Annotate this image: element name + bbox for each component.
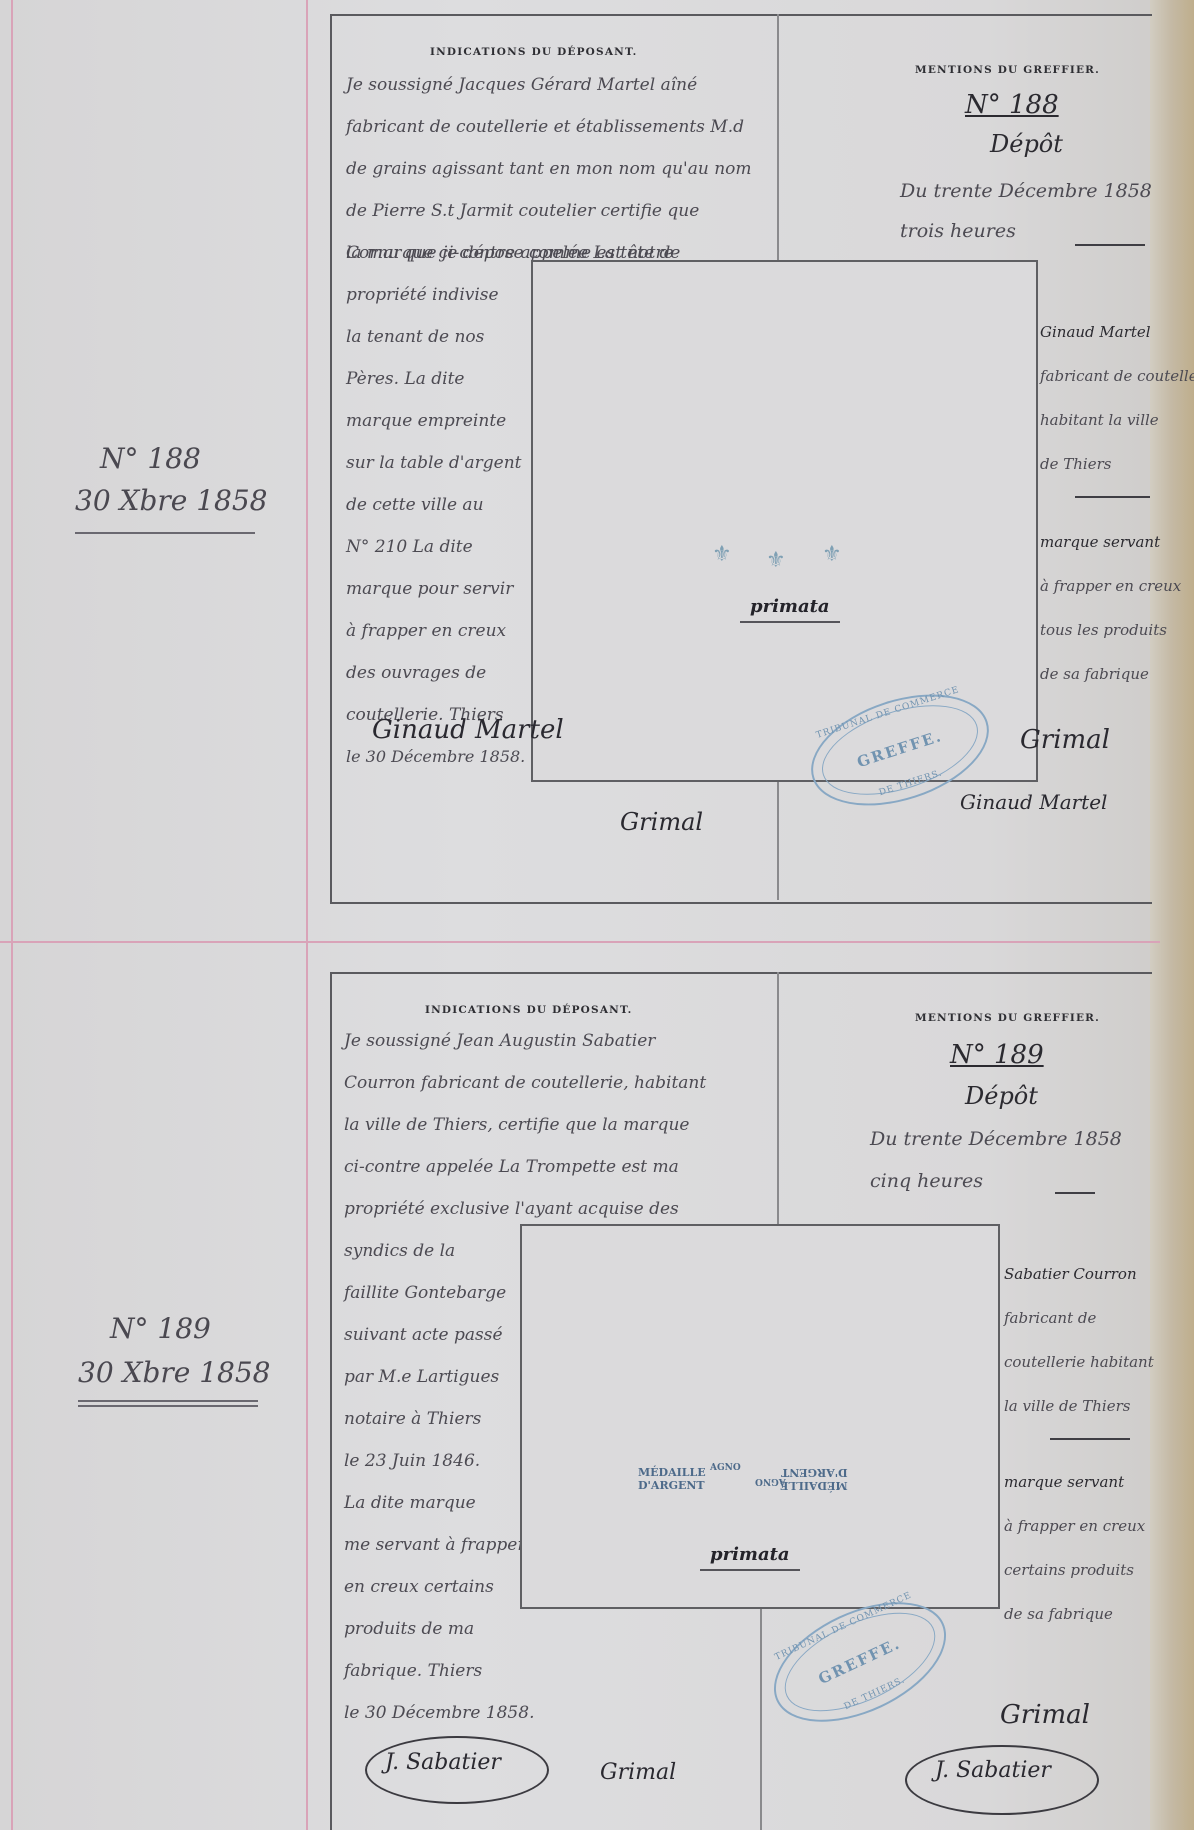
deposant-line: fabrique. Thiers <box>344 1650 482 1692</box>
column-divider-lower <box>777 778 779 900</box>
medal-stamp-inverted: MÉDAILLE D'ARGENT <box>780 1466 848 1492</box>
deposant-line: Je soussigné Jacques Gérard Martel aîné <box>346 64 697 106</box>
deposant-line: de Pierre S.t Jarmit coutelier certifie … <box>346 190 699 232</box>
depot-label: Dépôt <box>965 1082 1038 1110</box>
primata-label: primata <box>700 1544 800 1571</box>
mark-usage-line: de sa fabrique <box>1040 652 1181 696</box>
greffier-header: MENTIONS DU GREFFIER. <box>915 64 1100 76</box>
book-page-edge <box>1150 0 1194 1830</box>
deposant-line: la ville de Thiers, certifie que la marq… <box>344 1104 689 1146</box>
column-divider <box>777 14 779 274</box>
mark-usage: marque servant à frapper en creux tous l… <box>1040 520 1181 696</box>
deposant-line: la tenant de nos <box>346 316 484 358</box>
depot-label: Dépôt <box>990 130 1063 158</box>
depot-date: Du trente Décembre 1858 <box>870 1128 1122 1150</box>
deposant-line: le 23 Juin 1846. <box>344 1440 480 1482</box>
mark-usage-line: de sa fabrique <box>1004 1592 1145 1636</box>
mark-usage-line: marque servant <box>1040 520 1181 564</box>
margin-red-rule <box>11 0 13 1830</box>
mark-usage-line: à frapper en creux <box>1004 1504 1145 1548</box>
greffier-signature: Grimal <box>1020 725 1110 755</box>
medal-agno: AGNO <box>710 1462 741 1475</box>
depot-time: cinq heures <box>870 1170 983 1192</box>
deposant-line: de grains agissant tant en mon nom qu'au… <box>346 148 752 190</box>
deposant-line: Je soussigné Jean Augustin Sabatier <box>344 1020 655 1062</box>
greffier-depositor-signature: Ginaud Martel <box>960 790 1107 814</box>
deposant-line: à frapper en creux <box>346 610 506 652</box>
column-divider <box>777 972 779 1224</box>
mark-usage-line: certains produits <box>1004 1548 1145 1592</box>
deposant-header: INDICATIONS DU DÉPOSANT. <box>425 1004 632 1016</box>
margin-underline <box>78 1400 258 1402</box>
deposant-line: suivant acte passé <box>344 1314 503 1356</box>
margin-number: N° 189 <box>110 1310 211 1348</box>
deposant-line: Pères. La dite <box>346 358 465 400</box>
greffier-number: N° 188 <box>965 90 1059 120</box>
depositor-line: Sabatier Courron <box>1004 1252 1154 1296</box>
margin-underline <box>78 1405 258 1407</box>
depositor-signature: J. Sabatier <box>385 1750 501 1775</box>
deposant-line: propriété indivise <box>346 274 499 316</box>
deposant-line: de cette ville au <box>346 484 484 526</box>
greffier-number: N° 189 <box>950 1040 1044 1070</box>
depositor-line: de Thiers <box>1040 442 1194 486</box>
deposant-line: ci-contre appelée La Trompette est ma <box>344 1146 679 1188</box>
deposant-line: le 30 Décembre 1858. <box>344 1692 534 1734</box>
margin-date: 30 Xbre 1858 <box>75 482 268 520</box>
entry-separator-rule <box>0 941 1160 943</box>
medal-agno-inverted: AGNO <box>755 1474 786 1487</box>
column-divider-lower <box>760 1605 762 1830</box>
depositor-line: coutellerie habitant <box>1004 1340 1154 1384</box>
margin-red-rule-2 <box>306 0 308 1830</box>
primata-label: primata <box>740 596 840 623</box>
greffier-header: MENTIONS DU GREFFIER. <box>915 1012 1100 1024</box>
mark-usage-line: marque servant <box>1004 1460 1145 1504</box>
deposant-line: Courron fabricant de coutellerie, habita… <box>344 1062 706 1104</box>
deposant-line: fabricant de coutellerie et établissemen… <box>346 106 744 148</box>
deposant-line: marque pour servir <box>346 568 513 610</box>
mark-usage-line: à frapper en creux <box>1040 564 1181 608</box>
greffier-signature: Grimal <box>1000 1700 1090 1730</box>
margin-number: N° 188 <box>100 440 201 478</box>
depositor-line: Ginaud Martel <box>1040 310 1194 354</box>
clerk-signature: Grimal <box>600 1760 676 1785</box>
separator-rule <box>1075 496 1150 498</box>
deposant-line: La dite marque <box>344 1482 476 1524</box>
time-rule <box>1055 1192 1095 1194</box>
deposant-line: marque empreinte <box>346 400 506 442</box>
margin-date: 30 Xbre 1858 <box>78 1354 271 1392</box>
fleur-de-lis-icon: ⚜ <box>822 542 842 567</box>
depositor-line: la ville de Thiers <box>1004 1384 1154 1428</box>
deposant-line: me servant à frapper <box>344 1524 525 1566</box>
deposant-header: INDICATIONS DU DÉPOSANT. <box>430 46 637 58</box>
deposant-line: des ouvrages de <box>346 652 486 694</box>
depositor-name: Ginaud Martel fabricant de coutellerie h… <box>1040 310 1194 486</box>
deposant-line: en creux certains <box>344 1566 494 1608</box>
medal-stamp: MÉDAILLE D'ARGENT <box>638 1466 706 1492</box>
mark-usage: marque servant à frapper en creux certai… <box>1004 1460 1145 1636</box>
deposant-line: faillite Gontebarge <box>344 1272 506 1314</box>
deposant-line: sur la table d'argent <box>346 442 521 484</box>
depot-date: Du trente Décembre 1858 <box>900 180 1152 202</box>
margin-underline <box>75 532 255 534</box>
deposant-line: par M.e Lartigues <box>344 1356 499 1398</box>
separator-rule <box>1050 1438 1130 1440</box>
mark-usage-line: tous les produits <box>1040 608 1181 652</box>
depositor-line: habitant la ville <box>1040 398 1194 442</box>
depositor-line: fabricant de <box>1004 1296 1154 1340</box>
fleur-de-lis-icon: ⚜ <box>712 542 732 567</box>
deposant-line: syndics de la <box>344 1230 455 1272</box>
depositor-line: fabricant de coutellerie <box>1040 354 1194 398</box>
deposant-line: N° 210 La dite <box>346 526 473 568</box>
depositor-name: Sabatier Courron fabricant de coutelleri… <box>1004 1252 1154 1428</box>
depot-time: trois heures <box>900 220 1016 242</box>
greffier-depositor-signature: J. Sabatier <box>935 1758 1051 1783</box>
fleur-de-lis-icon: ⚜ <box>766 548 786 573</box>
clerk-signature: Grimal <box>620 808 703 836</box>
depositor-signature: Ginaud Martel <box>372 715 564 745</box>
deposant-line: produits de ma <box>344 1608 474 1650</box>
deposant-line: notaire à Thiers <box>344 1398 481 1440</box>
time-rule <box>1075 244 1145 246</box>
